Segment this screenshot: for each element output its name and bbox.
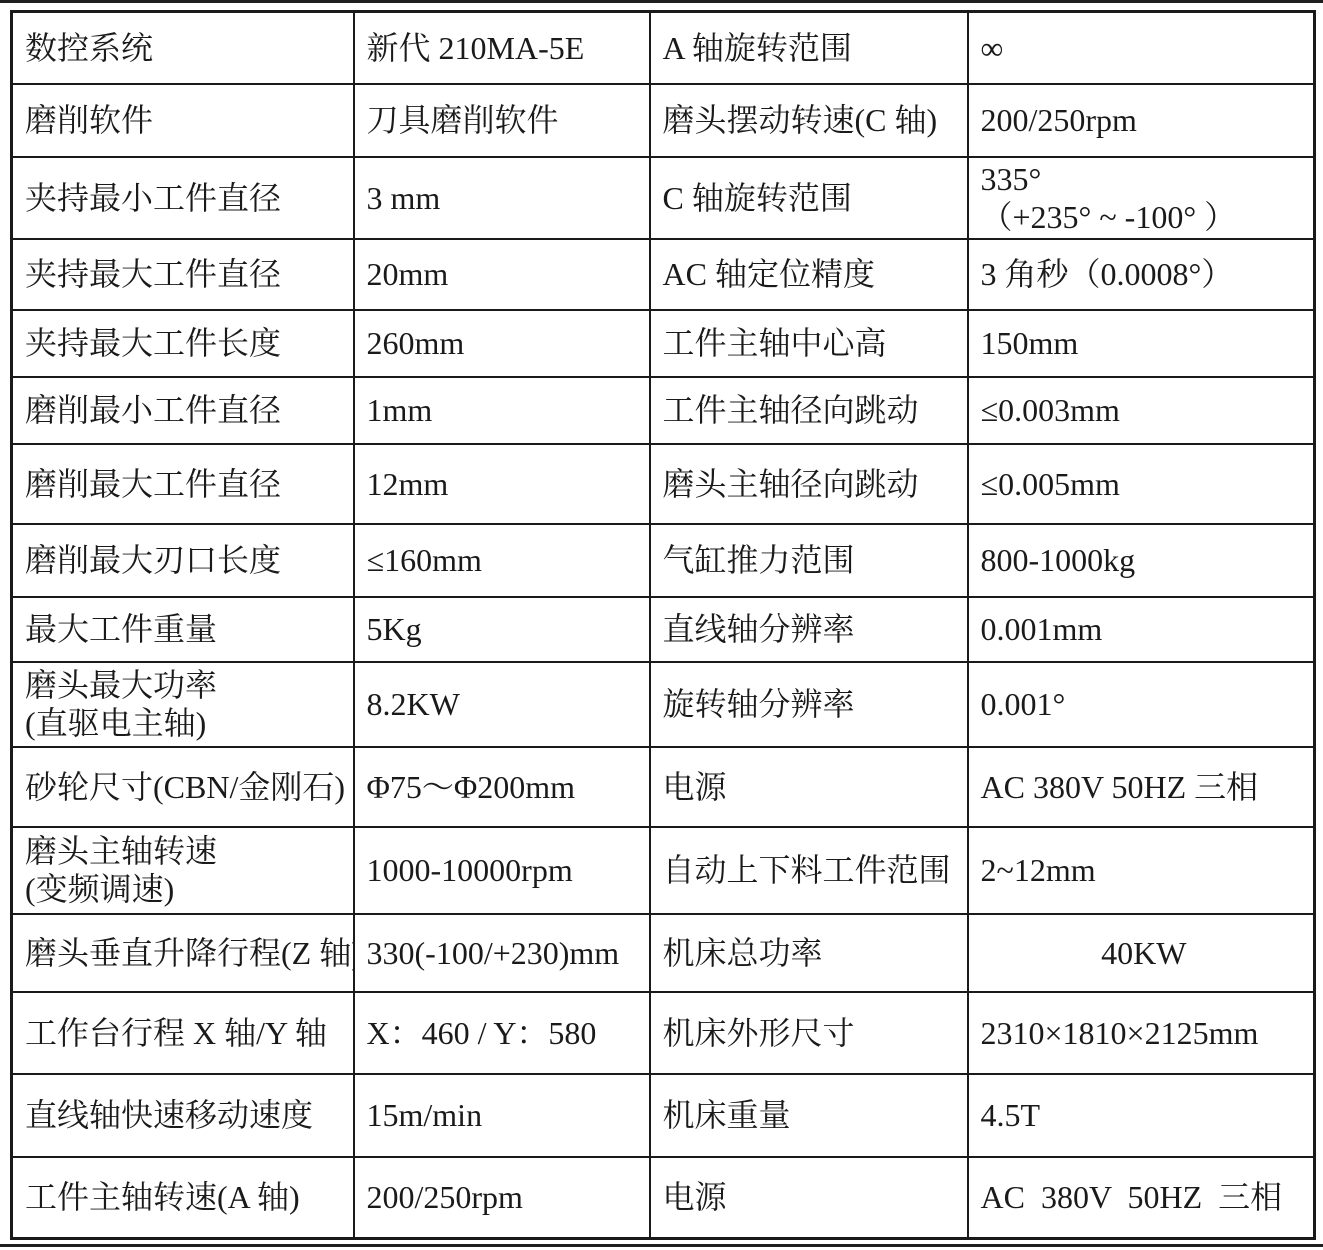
spec-value-cell: 0.001°: [968, 662, 1315, 747]
cell-text: ≤160mm: [367, 541, 643, 579]
spec-value-cell: 40KW: [968, 914, 1315, 992]
table-row: 磨头垂直升降行程(Z 轴)330(-100/+230)mm机床总功率40KW: [12, 914, 1315, 992]
spec-value-cell: 2~12mm: [968, 827, 1315, 914]
spec-value-cell: AC 380V 50HZ 三相: [968, 1157, 1315, 1239]
spec-label-cell: 直线轴快速移动速度: [12, 1074, 354, 1157]
cell-text: 40KW: [981, 934, 1308, 972]
cell-text: 旋转轴分辨率: [663, 685, 961, 723]
spec-value-cell: 8.2KW: [354, 662, 650, 747]
spec-value-cell: 335°（+235° ~ -100° ）: [968, 157, 1315, 239]
spec-label-cell: 机床重量: [650, 1074, 968, 1157]
cell-text: 5Kg: [367, 610, 643, 648]
cell-text: Φ75～Φ200mm: [367, 768, 643, 806]
spec-label-cell: 磨头垂直升降行程(Z 轴): [12, 914, 354, 992]
table-row: 磨削最大工件直径12mm磨头主轴径向跳动≤0.005mm: [12, 444, 1315, 524]
table-row: 磨削软件刀具磨削软件磨头摆动转速(C 轴)200/250rpm: [12, 84, 1315, 157]
spec-label-cell: A 轴旋转范围: [650, 12, 968, 84]
cell-text: 机床总功率: [663, 934, 961, 972]
spec-value-cell: 20mm: [354, 239, 650, 310]
cell-text: 磨头主轴径向跳动: [663, 465, 961, 503]
spec-label-cell: 磨削最大工件直径: [12, 444, 354, 524]
spec-label-cell: 电源: [650, 1157, 968, 1239]
cell-text: 最大工件重量: [25, 610, 347, 648]
cell-text: 1mm: [367, 391, 643, 429]
spec-value-cell: 0.001mm: [968, 597, 1315, 662]
cell-text: 直线轴分辨率: [663, 610, 961, 648]
spec-label-cell: 机床总功率: [650, 914, 968, 992]
cell-text: 工件主轴转速(A 轴): [25, 1178, 347, 1216]
cell-text: 8.2KW: [367, 685, 643, 723]
table-row: 工件主轴转速(A 轴)200/250rpm电源AC 380V 50HZ 三相: [12, 1157, 1315, 1239]
cell-text: 工作台行程 X 轴/Y 轴: [25, 1014, 347, 1052]
cell-text: 自动上下料工件范围: [663, 851, 961, 889]
cell-text: 0.001°: [981, 685, 1308, 723]
spec-value-cell: 200/250rpm: [968, 84, 1315, 157]
spec-label-cell: 磨削最小工件直径: [12, 377, 354, 444]
spec-value-cell: ≤0.005mm: [968, 444, 1315, 524]
cell-text: 150mm: [981, 324, 1308, 362]
cell-text: 新代 210MA-5E: [367, 29, 643, 67]
bottom-rule: [0, 1244, 1323, 1247]
spec-label-cell: 磨头主轴径向跳动: [650, 444, 968, 524]
table-row: 磨削最大刃口长度≤160mm气缸推力范围800-1000kg: [12, 524, 1315, 597]
cell-text: C 轴旋转范围: [663, 179, 961, 217]
cell-text: 夹持最大工件长度: [25, 324, 347, 362]
cell-text: 330(-100/+230)mm: [367, 934, 643, 972]
table-row: 工作台行程 X 轴/Y 轴X：460 / Y：580机床外形尺寸2310×181…: [12, 992, 1315, 1074]
cell-text: (直驱电主轴): [25, 704, 347, 742]
spec-label-cell: 气缸推力范围: [650, 524, 968, 597]
cell-text: 机床重量: [663, 1096, 961, 1134]
cell-text: 800-1000kg: [981, 541, 1308, 579]
spec-sheet-page: 数控系统新代 210MA-5EA 轴旋转范围∞磨削软件刀具磨削软件磨头摆动转速(…: [0, 0, 1323, 1250]
spec-label-cell: 旋转轴分辨率: [650, 662, 968, 747]
cell-text: 夹持最大工件直径: [25, 255, 347, 293]
cell-text: 0.001mm: [981, 610, 1308, 648]
cell-text: X：460 / Y：580: [367, 1014, 643, 1052]
spec-value-cell: 15m/min: [354, 1074, 650, 1157]
spec-table-body: 数控系统新代 210MA-5EA 轴旋转范围∞磨削软件刀具磨削软件磨头摆动转速(…: [12, 12, 1315, 1239]
cell-text: 直线轴快速移动速度: [25, 1096, 347, 1134]
cell-text: ∞: [981, 29, 1308, 67]
cell-text: 刀具磨削软件: [367, 101, 643, 139]
spec-label-cell: 磨削最大刃口长度: [12, 524, 354, 597]
cell-text: 工件主轴径向跳动: [663, 391, 961, 429]
spec-value-cell: 12mm: [354, 444, 650, 524]
spec-value-cell: 5Kg: [354, 597, 650, 662]
spec-value-cell: ≤0.003mm: [968, 377, 1315, 444]
spec-label-cell: 机床外形尺寸: [650, 992, 968, 1074]
spec-value-cell: 800-1000kg: [968, 524, 1315, 597]
cell-text: ≤0.003mm: [981, 391, 1308, 429]
cell-text: 砂轮尺寸(CBN/金刚石): [25, 768, 347, 806]
spec-label-cell: 磨头主轴转速(变频调速): [12, 827, 354, 914]
cell-text: 电源: [663, 768, 961, 806]
cell-text: 磨头摆动转速(C 轴): [663, 101, 961, 139]
table-row: 夹持最大工件直径20mmAC 轴定位精度3 角秒（0.0008°）: [12, 239, 1315, 310]
table-row: 最大工件重量5Kg直线轴分辨率0.001mm: [12, 597, 1315, 662]
cell-text: 夹持最小工件直径: [25, 179, 347, 217]
spec-value-cell: ≤160mm: [354, 524, 650, 597]
cell-text: (变频调速): [25, 870, 347, 908]
spec-value-cell: AC 380V 50HZ 三相: [968, 747, 1315, 827]
cell-text: 12mm: [367, 465, 643, 503]
table-row: 夹持最大工件长度260mm工件主轴中心高150mm: [12, 310, 1315, 377]
spec-label-cell: 磨削软件: [12, 84, 354, 157]
table-row: 夹持最小工件直径3 mmC 轴旋转范围335°（+235° ~ -100° ）: [12, 157, 1315, 239]
cell-text: AC 380V 50HZ 三相: [981, 1178, 1308, 1216]
cell-text: AC 轴定位精度: [663, 255, 961, 293]
spec-label-cell: AC 轴定位精度: [650, 239, 968, 310]
cell-text: ≤0.005mm: [981, 465, 1308, 503]
spec-label-cell: 磨头最大功率(直驱电主轴): [12, 662, 354, 747]
spec-value-cell: X：460 / Y：580: [354, 992, 650, 1074]
spec-value-cell: ∞: [968, 12, 1315, 84]
cell-text: 20mm: [367, 255, 643, 293]
spec-label-cell: 工件主轴转速(A 轴): [12, 1157, 354, 1239]
spec-value-cell: 3 mm: [354, 157, 650, 239]
table-row: 磨削最小工件直径1mm工件主轴径向跳动≤0.003mm: [12, 377, 1315, 444]
spec-value-cell: 260mm: [354, 310, 650, 377]
spec-label-cell: 夹持最大工件长度: [12, 310, 354, 377]
cell-text: 磨削软件: [25, 101, 347, 139]
spec-value-cell: 1000-10000rpm: [354, 827, 650, 914]
spec-value-cell: 新代 210MA-5E: [354, 12, 650, 84]
spec-label-cell: 砂轮尺寸(CBN/金刚石): [12, 747, 354, 827]
spec-label-cell: 夹持最小工件直径: [12, 157, 354, 239]
table-row: 砂轮尺寸(CBN/金刚石)Φ75～Φ200mm电源AC 380V 50HZ 三相: [12, 747, 1315, 827]
spec-value-cell: 1mm: [354, 377, 650, 444]
spec-value-cell: 150mm: [968, 310, 1315, 377]
spec-value-cell: Φ75～Φ200mm: [354, 747, 650, 827]
cell-text: 335°: [981, 160, 1308, 198]
cell-text: 磨头垂直升降行程(Z 轴): [25, 934, 347, 972]
cell-text: A 轴旋转范围: [663, 29, 961, 67]
cell-text: 2310×1810×2125mm: [981, 1014, 1308, 1052]
cell-text: 200/250rpm: [981, 101, 1308, 139]
cell-text: 260mm: [367, 324, 643, 362]
cell-text: 磨头最大功率: [25, 666, 347, 704]
cell-text: 气缸推力范围: [663, 541, 961, 579]
cell-text: 机床外形尺寸: [663, 1014, 961, 1052]
spec-label-cell: 工件主轴径向跳动: [650, 377, 968, 444]
cell-text: 磨头主轴转速: [25, 832, 347, 870]
top-rule: [0, 0, 1323, 3]
spec-label-cell: C 轴旋转范围: [650, 157, 968, 239]
spec-label-cell: 夹持最大工件直径: [12, 239, 354, 310]
spec-label-cell: 工件主轴中心高: [650, 310, 968, 377]
cell-text: 磨削最小工件直径: [25, 391, 347, 429]
spec-value-cell: 刀具磨削软件: [354, 84, 650, 157]
spec-table: 数控系统新代 210MA-5EA 轴旋转范围∞磨削软件刀具磨削软件磨头摆动转速(…: [10, 10, 1316, 1240]
spec-value-cell: 3 角秒（0.0008°）: [968, 239, 1315, 310]
cell-text: 数控系统: [25, 29, 347, 67]
cell-text: 15m/min: [367, 1096, 643, 1134]
spec-value-cell: 2310×1810×2125mm: [968, 992, 1315, 1074]
table-row: 直线轴快速移动速度15m/min机床重量4.5T: [12, 1074, 1315, 1157]
spec-value-cell: 330(-100/+230)mm: [354, 914, 650, 992]
spec-label-cell: 工作台行程 X 轴/Y 轴: [12, 992, 354, 1074]
cell-text: 磨削最大刃口长度: [25, 541, 347, 579]
table-row: 磨头主轴转速(变频调速)1000-10000rpm自动上下料工件范围2~12mm: [12, 827, 1315, 914]
cell-text: AC 380V 50HZ 三相: [981, 768, 1308, 806]
table-row: 数控系统新代 210MA-5EA 轴旋转范围∞: [12, 12, 1315, 84]
spec-label-cell: 电源: [650, 747, 968, 827]
spec-value-cell: 4.5T: [968, 1074, 1315, 1157]
spec-label-cell: 最大工件重量: [12, 597, 354, 662]
cell-text: 3 角秒（0.0008°）: [981, 255, 1308, 293]
cell-text: 1000-10000rpm: [367, 851, 643, 889]
spec-label-cell: 数控系统: [12, 12, 354, 84]
cell-text: 磨削最大工件直径: [25, 465, 347, 503]
cell-text: 200/250rpm: [367, 1178, 643, 1216]
cell-text: （+235° ~ -100° ）: [981, 198, 1308, 236]
cell-text: 3 mm: [367, 179, 643, 217]
cell-text: 2~12mm: [981, 851, 1308, 889]
cell-text: 4.5T: [981, 1096, 1308, 1134]
cell-text: 工件主轴中心高: [663, 324, 961, 362]
spec-label-cell: 直线轴分辨率: [650, 597, 968, 662]
spec-label-cell: 自动上下料工件范围: [650, 827, 968, 914]
spec-value-cell: 200/250rpm: [354, 1157, 650, 1239]
cell-text: 电源: [663, 1178, 961, 1216]
spec-label-cell: 磨头摆动转速(C 轴): [650, 84, 968, 157]
table-row: 磨头最大功率(直驱电主轴)8.2KW旋转轴分辨率0.001°: [12, 662, 1315, 747]
